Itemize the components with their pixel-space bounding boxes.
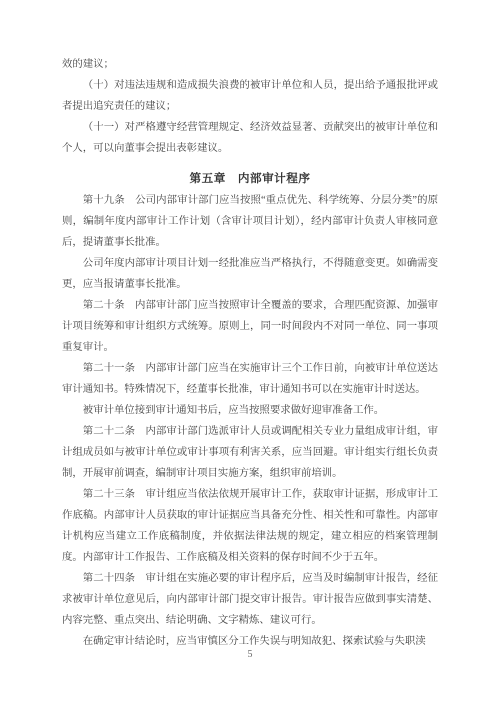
body-paragraph: 被审计单位接到审计通知书后，应当按照要求做好迎审准备工作。 [62,400,438,421]
body-paragraph: 第二十二条 内部审计部门选派审计人员或调配相关专业力量组成审计组，审计组成员如与… [62,421,438,484]
body-paragraph: 第十九条 公司内部审计部门应当按照“重点优先、科学统筹、分层分类”的原则，编制年… [62,190,438,253]
body-paragraph: 第二十三条 审计组应当依法依规开展审计工作，获取审计证据，形成审计工作底稿。内部… [62,484,438,568]
body-paragraph: 公司年度内部审计项目计划一经批准应当严格执行，不得随意变更。如确需变更，应当报请… [62,253,438,295]
body-paragraph: （十）对违法违规和造成损失浪费的被审计单位和人员，提出给予通报批评或者提出追究责… [62,75,438,117]
body-paragraph: （十一）对严格遵守经营管理规定、经济效益显著、贡献突出的被审计单位和个人，可以向… [62,117,438,159]
body-paragraph: 第二十条 内部审计部门应当按照审计全覆盖的要求，合理匹配资源、加强审计项目统筹和… [62,295,438,358]
body-paragraph: 第二十四条 审计组在实施必要的审计程序后，应当及时编制审计报告，经征求被审计单位… [62,568,438,631]
page-number: 5 [0,645,500,665]
page-content: 效的建议； （十）对违法违规和造成损失浪费的被审计单位和人员，提出给予通报批评或… [62,54,438,652]
chapter-heading: 第五章 内部审计程序 [62,168,438,189]
document-page: 效的建议； （十）对违法违规和造成损失浪费的被审计单位和人员，提出给予通报批评或… [0,0,500,707]
body-paragraph: 效的建议； [62,54,438,75]
body-paragraph: 第二十一条 内部审计部门应当在实施审计三个工作日前，向被审计单位送达审计通知书。… [62,358,438,400]
